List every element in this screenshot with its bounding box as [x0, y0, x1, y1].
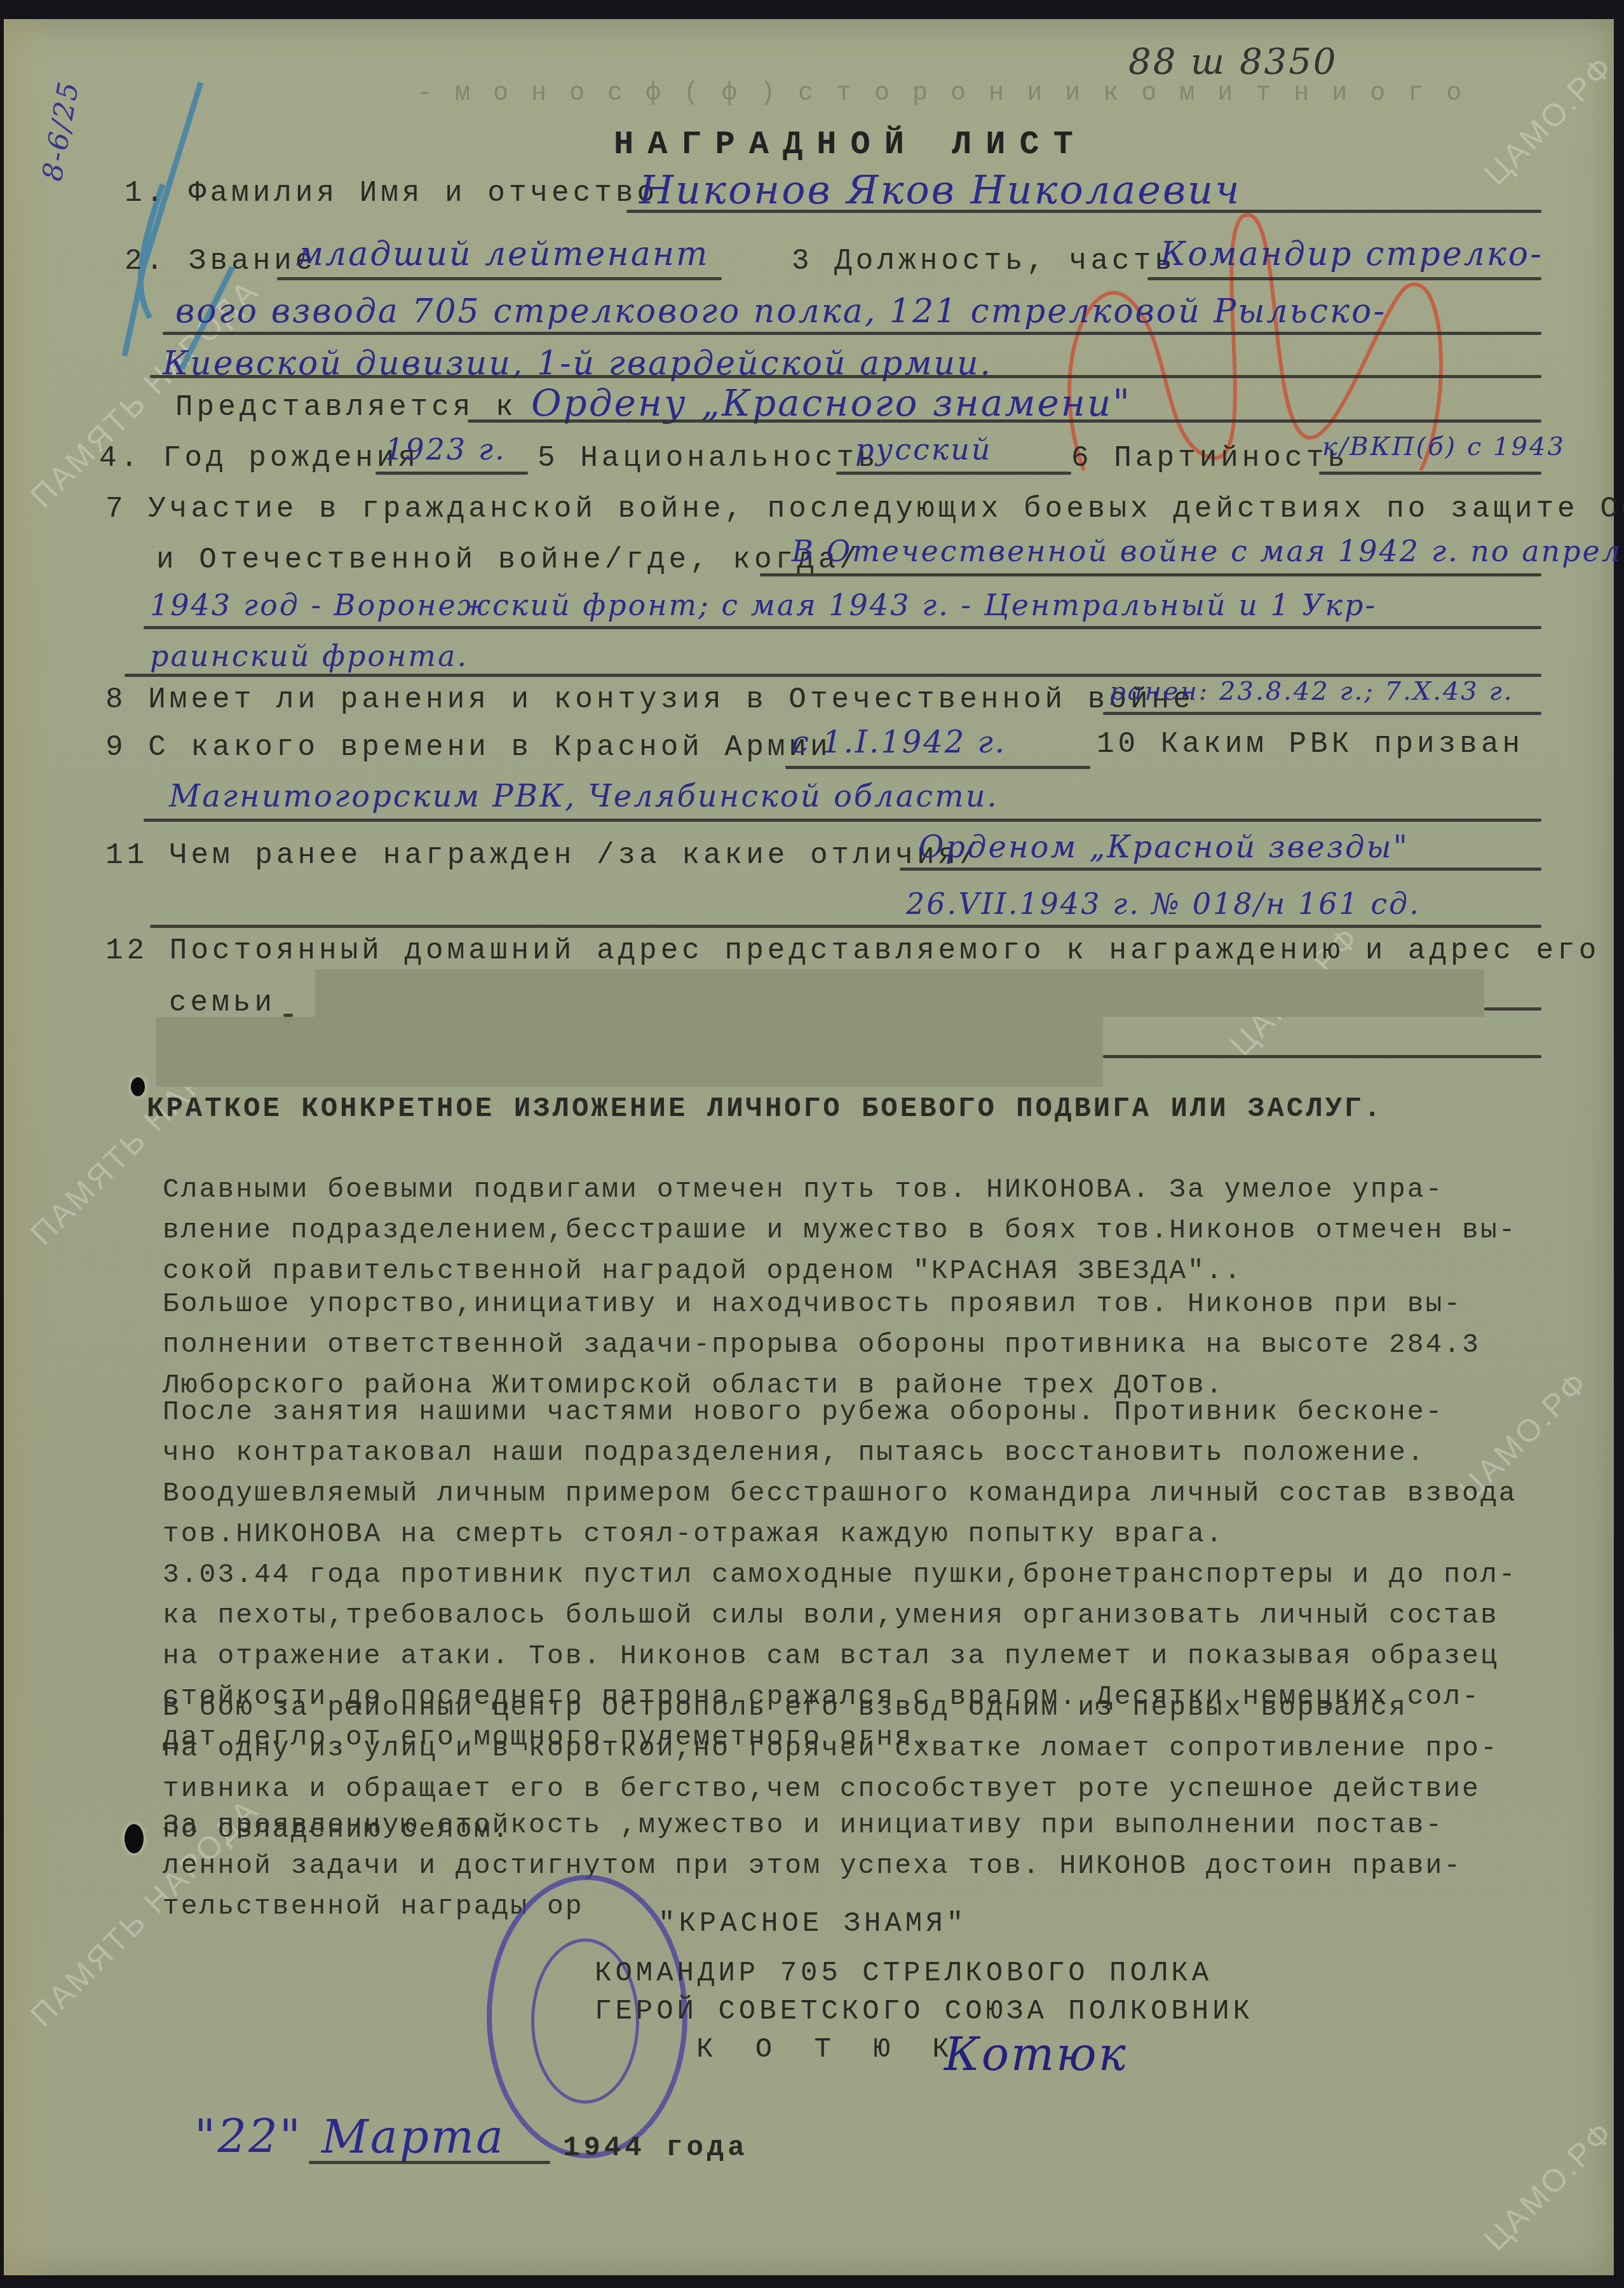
nominated-value: Ордену „Красного знамени" [531, 381, 1132, 425]
field-11-underline-2 [150, 925, 1541, 928]
field-7-value-line-1: В Отечественной войне с мая 1942 г. по а… [792, 534, 1624, 568]
field-7-underline-2 [144, 626, 1541, 629]
field-6-value: к/ВКП(б) с 1943 [1322, 432, 1566, 461]
punch-hole [125, 1824, 144, 1853]
field-12-label-line-2: семьи [169, 986, 276, 1019]
field-12-underline-2 [1484, 1007, 1541, 1011]
faint-header: - м о н о с ф ( ф ) с т о р о н и и к о … [417, 79, 1465, 108]
narrative-paragraph-2: Большое упорство,инициативу и находчивос… [163, 1284, 1560, 1406]
field-6-underline [1319, 472, 1541, 475]
archive-number: 88 ш 8350 [1128, 41, 1337, 83]
award-name: "КРАСНОЕ ЗНАМЯ" [658, 1908, 967, 1940]
field-11-underline-1 [900, 868, 1541, 871]
field-4-label: 4. Год рождения [99, 442, 419, 475]
field-3-value-line-2: вого взвода 705 стрелкового полка, 121 с… [175, 292, 1386, 330]
narrative-paragraph-1: Славными боевыми подвигами отмечен путь … [163, 1169, 1560, 1291]
field-4-value: 1923 г. [385, 432, 506, 466]
field-11-value-line-2: 26.VII.1943 г. № 018/н 161 сд. [906, 887, 1421, 921]
field-3-value-line-1: Командир стрелко- [1160, 235, 1543, 273]
field-5-label: 5 Национальность [538, 442, 879, 475]
field-8-underline [1103, 712, 1541, 715]
nominated-underline [468, 419, 1541, 423]
date-year: 1944 года [563, 2132, 748, 2164]
date-month: Марта [321, 2110, 505, 2163]
field-3-label: 3 Должность, часть [792, 245, 1176, 278]
date-day: "22" [194, 2110, 302, 2163]
field-8-label: 8 Имеет ли ранения и контузия в Отечеств… [105, 683, 1194, 716]
field-1-label: 1. Фамилия Имя и отчество [125, 177, 658, 210]
field-3-underline-3 [150, 375, 1541, 378]
field-10-underline [144, 819, 1541, 822]
field-3-underline-1 [1147, 277, 1541, 280]
redacted-address-2 [156, 1017, 1103, 1087]
field-7-label-line-1: 7 Участие в гражданской войне, последующ… [105, 493, 1624, 526]
watermark: ЦАМО.РФ [1477, 48, 1621, 192]
field-6-label: 6 Партийность [1071, 442, 1349, 475]
punch-hole [131, 1077, 145, 1096]
signature-name: К О Т Ю К [696, 2034, 962, 2066]
field-9-underline [785, 766, 1090, 769]
field-5-value: русский [855, 432, 992, 466]
signature-title-2: ГЕРОЙ СОВЕТСКОГО СОЮЗА ПОЛКОВНИК [595, 1996, 1254, 2027]
award-sheet: ЦАМО.РФ ПАМЯТЬ НАРОДА ЦАМО.РФ ПАМЯТЬ НАР… [4, 19, 1614, 2275]
field-1-value: Никонов Яков Николаевич [639, 167, 1242, 213]
field-12-label-line-1: 12 Постоянный домашний адрес представляе… [105, 934, 1600, 967]
field-2-value: младший лейтенант [296, 235, 709, 273]
field-2-label: 2. Звание [125, 245, 316, 278]
section-heading: КРАТКОЕ КОНКРЕТНОЕ ИЗЛОЖЕНИЕ ЛИЧНОГО БОЕ… [147, 1093, 1383, 1125]
field-11-label: 11 Чем ранее награжден /за какие отличия… [105, 839, 981, 872]
document-title: НАГРАДНОЙ ЛИСТ [614, 126, 1087, 163]
date-underline [309, 2161, 550, 2164]
field-11-value-line-1: Орденом „Красной звезды" [919, 829, 1409, 865]
field-7-underline-1 [760, 573, 1541, 576]
corner-note: 8-6/25 [36, 78, 86, 183]
field-12-underline-3 [1103, 1055, 1541, 1058]
field-7-label-line-2: и Отечественной войне/где, когда/ [156, 543, 861, 576]
watermark: ЦАМО.РФ [1477, 2113, 1621, 2257]
date-day-value: 22 [217, 2110, 280, 2163]
handwritten-signature: Котюк [944, 2027, 1128, 2081]
field-2-underline [277, 277, 722, 280]
redacted-address-1 [315, 969, 1484, 1017]
nominated-label: Представляется к [175, 391, 517, 424]
signature-title-1: КОМАНДИР 705 СТРЕЛКОВОГО ПОЛКА [595, 1958, 1212, 1989]
field-9-label: 9 С какого времени в Красной Армии [105, 731, 832, 764]
field-7-value-line-2: 1943 год - Воронежский фронт; с мая 1943… [150, 588, 1377, 622]
field-7-value-line-3: раинский фронта. [150, 639, 468, 673]
field-8-value: ранен: 23.8.42 г.; 7.X.43 г. [1109, 677, 1513, 706]
field-5-underline [836, 472, 1071, 475]
field-9-value: с 1.I.1942 г. [792, 725, 1006, 760]
field-1-underline [626, 210, 1541, 213]
field-4-underline [376, 472, 528, 475]
field-10-label: 10 Каким РВК призван [1097, 728, 1524, 761]
field-3-underline-2 [163, 332, 1541, 335]
field-10-value: Магнитогорским РВК, Челябинской области. [169, 779, 999, 814]
